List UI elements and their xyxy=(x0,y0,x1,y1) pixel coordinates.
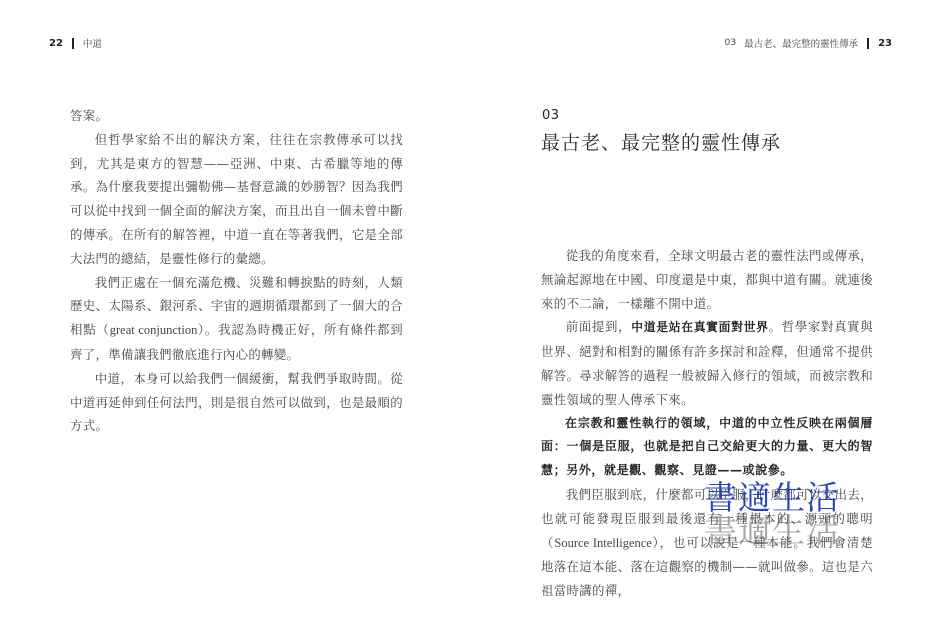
text-segment: 前面提到， xyxy=(566,319,631,334)
latin-term: Source Intelligence xyxy=(554,536,651,550)
right-body-text: 從我的角度來看，全球文明最古老的靈性法門或傳承，無論起源地在中國、印度還是中東，… xyxy=(541,244,873,603)
book-title: 中道 xyxy=(83,36,102,50)
left-running-head: 22 中道 xyxy=(49,36,102,50)
emphasized-paragraph: 在宗教和靈性執行的領域，中道的中立性反映在兩個層面：一個是臣服，也就是把自己交給… xyxy=(541,412,873,483)
latin-term: great conjunction xyxy=(110,323,198,337)
running-head-chapter-title: 最古老、最完整的靈性傳承 xyxy=(744,36,858,50)
right-page: 03 最古老、最完整的靈性傳承 23 03 最古老、最完整的靈性傳承 從我的角度… xyxy=(471,0,943,638)
running-head-chapter-number: 03 xyxy=(725,38,736,48)
paragraph: 從我的角度來看，全球文明最古老的靈性法門或傳承，無論起源地在中國、印度還是中東，… xyxy=(541,244,873,315)
page-number: 22 xyxy=(49,38,63,49)
running-head-divider xyxy=(72,38,74,49)
running-head-divider xyxy=(867,38,869,49)
paragraph: 我們正處在一個充滿危機、災難和轉捩點的時刻，人類歷史、太陽系、銀河系、宇宙的週期… xyxy=(70,271,403,367)
left-body-text: 答案。 但哲學家給不出的解決方案，往往在宗教傳承可以找到，尤其是東方的智慧——亞… xyxy=(70,104,403,438)
paragraph: 答案。 xyxy=(70,104,403,128)
paragraph: 前面提到，中道是站在真實面對世界。哲學家對真實與世界、絕對和相對的關係有許多探討… xyxy=(541,315,873,411)
paragraph: 但哲學家給不出的解決方案，往往在宗教傳承可以找到，尤其是東方的智慧——亞洲、中東… xyxy=(70,128,403,271)
right-running-head: 03 最古老、最完整的靈性傳承 23 xyxy=(725,36,892,50)
emphasized-text: 中道是站在真實面對世界 xyxy=(631,320,768,334)
chapter-title: 最古老、最完整的靈性傳承 xyxy=(541,128,781,155)
chapter-number: 03 xyxy=(542,108,560,123)
page-number: 23 xyxy=(878,38,892,49)
paragraph: 我們臣服到底，什麼都可以臣服，什麼都可以交出去，也就可能發現臣服到最後還有一種根… xyxy=(541,483,873,603)
paragraph: 中道，本身可以給我們一個緩衝，幫我們爭取時間。從中道再延伸到任何法門，則是很自然… xyxy=(70,367,403,438)
left-page: 22 中道 答案。 但哲學家給不出的解決方案，往往在宗教傳承可以找到，尤其是東方… xyxy=(0,0,471,638)
